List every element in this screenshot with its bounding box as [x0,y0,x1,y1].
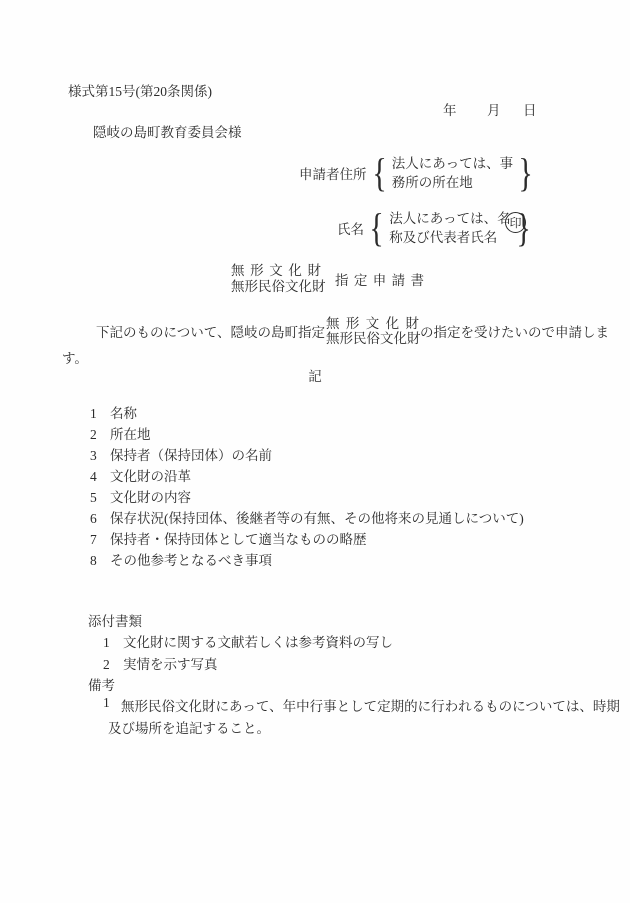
seal-icon: 印 [505,212,526,233]
item-text: 保持者（保持団体）の名前 [110,445,272,466]
applicant-name-group: 氏名 { 法人にあっては、名 称及び代表者氏名 } [337,206,533,250]
applicant-address-note: 法人にあっては、事 務所の所在地 [392,154,513,192]
item-text: その他参考となるべき事項 [110,550,272,571]
item-number: 7 [90,529,110,550]
body-paragraph-line2: す。 [62,347,88,367]
attachment-item: 1 文化財に関する文献若しくは参考資料の写し [103,632,393,654]
item-number: 8 [90,550,110,571]
body-category-line2: 無形民俗文化財 [326,331,419,346]
list-item: 7 保持者・保持団体として適当なものの略歴 [90,529,524,550]
document-page: 様式第15号(第20条関係) 年 月 日 隠岐の島町教育委員会様 申請者住所 {… [0,0,630,903]
remark-text-line2: 及び場所を追記すること。 [108,717,270,737]
applicant-address-note-line2: 務所の所在地 [392,173,513,192]
remarks-heading: 備考 [88,674,115,694]
body-tail: の指定を受けたいので申請しま [420,321,609,341]
applicant-address-note-line1: 法人にあっては、事 [392,154,513,173]
list-item: 1 名称 [90,403,524,424]
item-text: 文化財の内容 [110,487,191,508]
applicant-name-label: 氏名 [337,218,364,238]
applicant-address-label: 申請者住所 [299,163,367,183]
item-text: 文化財に関する文献若しくは参考資料の写し [123,632,393,654]
item-number: 1 [103,632,123,654]
attachments-list: 1 文化財に関する文献若しくは参考資料の写し 2 実情を示す写真 [103,632,393,676]
date-year-label: 年 [443,99,457,119]
items-list: 1 名称 2 所在地 3 保持者（保持団体）の名前 4 文化財の沿革 5 文化財… [90,403,524,571]
addressee: 隠岐の島町教育委員会様 [93,121,242,141]
body-lead: 下記のものについて、隠岐の島町指定 [96,321,325,341]
item-number: 4 [90,466,110,487]
item-number: 2 [103,654,123,676]
brace-open-icon: { [372,151,386,195]
item-number: 2 [90,424,110,445]
document-title: 無 形 文 化 財 無形民俗文化財 指 定 申 請 書 [26,263,630,294]
date-day-label: 日 [523,99,537,119]
title-suffix: 指 定 申 請 書 [335,269,425,289]
list-item: 2 所在地 [90,424,524,445]
item-text: 保持者・保持団体として適当なものの略歴 [110,529,367,550]
applicant-name-note-line2: 称及び代表者氏名 [389,228,510,247]
list-item: 4 文化財の沿革 [90,466,524,487]
title-category-line2: 無形民俗文化財 [231,279,321,295]
item-text: 名称 [110,403,137,424]
item-number: 5 [90,487,110,508]
title-category-line1: 無 形 文 化 財 [231,263,321,279]
body-paragraph-line1: 下記のものについて、隠岐の島町指定 無 形 文 化 財 無形民俗文化財 の指定を… [62,316,609,346]
brace-close-icon: } [518,151,532,195]
item-text: 所在地 [110,424,151,445]
attachments-heading: 添付書類 [88,610,142,630]
remark-text-line1: 無形民俗文化財にあって、年中行事として定期的に行われるものについては、時期 [121,695,620,715]
applicant-name-note: 法人にあっては、名 称及び代表者氏名 [389,209,510,247]
item-number: 6 [90,508,110,529]
body-category-stack: 無 形 文 化 財 無形民俗文化財 [326,316,419,346]
list-item: 6 保存状況(保持団体、後継者等の有無、その他将来の見通しについて) [90,508,524,529]
attachment-item: 2 実情を示す写真 [103,654,393,676]
list-item: 5 文化財の内容 [90,487,524,508]
title-category-stack: 無 形 文 化 財 無形民俗文化財 [231,263,321,294]
item-text: 実情を示す写真 [123,654,218,676]
date-month-label: 月 [487,99,501,119]
item-text: 文化財の沿革 [110,466,191,487]
list-item: 3 保持者（保持団体）の名前 [90,445,524,466]
body-category-line1: 無 形 文 化 財 [326,316,419,331]
seal-character: 印 [509,217,521,229]
form-number: 様式第15号(第20条関係) [68,80,212,100]
list-item: 8 その他参考となるべき事項 [90,550,524,571]
applicant-address-group: 申請者住所 { 法人にあっては、事 務所の所在地 } [299,151,535,195]
item-text: 保存状況(保持団体、後継者等の有無、その他将来の見通しについて) [110,508,524,529]
item-number: 3 [90,445,110,466]
applicant-name-note-line1: 法人にあっては、名 [389,209,510,228]
record-marker: 記 [0,365,630,385]
item-number: 1 [90,403,110,424]
remark-item: 1 無形民俗文化財にあって、年中行事として定期的に行われるものについては、時期 [103,695,620,715]
brace-open-icon: { [369,206,383,250]
item-number: 1 [103,695,121,715]
